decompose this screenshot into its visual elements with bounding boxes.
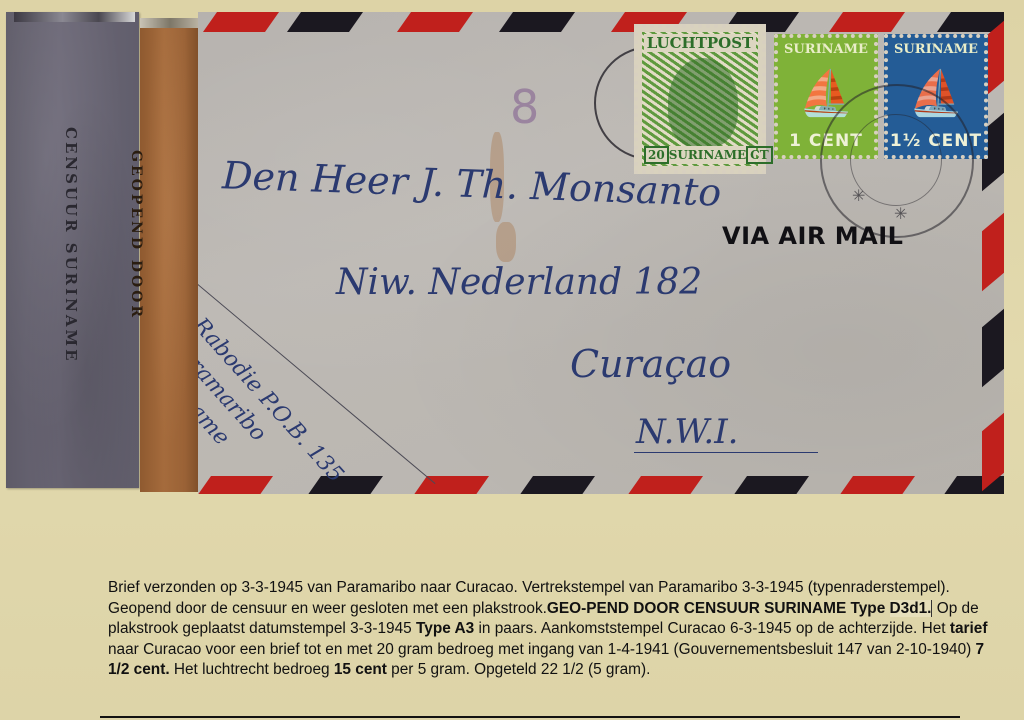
caption-text: per 5 gram. Opgeteld 22 1/2 (5 gram). [387,661,650,678]
caption-bold: tarief [950,620,988,637]
border-stripe-black [499,12,575,32]
caption-rule [100,716,960,718]
address-line-3: Curaçao [570,342,731,386]
censor-strip-label: CENSUUR SURINAME [62,127,80,364]
caption-text: in paars. Aankomststempel Curacao 6-3-19… [474,620,950,637]
address-line-2: Niw. Nederland 182 [336,262,702,303]
star-icon: ✳ [852,186,865,206]
stamp-header: SURINAME [894,42,978,57]
postmark-paramaribo-2: ✳ ✳ [820,84,974,238]
mercury-figure-icon [668,58,738,148]
border-stripe-red [397,12,473,32]
censor-tape-brown [140,18,200,492]
caption-text: Het luchtrecht bedroeg [170,661,334,678]
stamp-footer: 20 SURINAME CT [644,146,756,164]
description-caption: Brief verzonden op 3-3-1945 van Paramari… [108,578,988,681]
censor-strip-grey: CENSUUR SURINAME [6,12,139,488]
sender-address: Rabodie P.O.B. 135 Paramaribo Suriname [198,312,350,494]
caption-bold: GEO-PEND DOOR CENSUUR SURINAME Type [547,600,890,617]
border-stripe-red [839,476,915,494]
strip-torn-edge [14,12,135,22]
censor-tape-label: GEOPEND DOOR [128,150,144,320]
tape-torn-edge [140,18,200,28]
address-underline [634,452,818,453]
address-line-4: N.W.I. [636,412,738,452]
via-air-mail-label: VIA AIR MAIL [722,222,903,250]
stamp-header: LUCHTPOST [644,34,756,52]
stamp-country: SURINAME [669,148,746,162]
caption-bold: 15 cent [334,661,387,678]
caption-bold: Type A3 [416,620,474,637]
border-stripe-red [982,213,1004,291]
stamp-luchtpost-20ct: LUCHTPOST 20 SURINAME CT [634,24,766,174]
border-stripe-black [519,476,595,494]
airmail-envelope: 8 LUCHTPOST 20 SURINAME CT SURINAME ⛵ 1 … [198,12,1004,494]
border-stripe-red [203,12,279,32]
star-icon: ✳ [894,204,907,224]
stamp-unit: CT [746,146,772,164]
border-stripe-red [627,476,703,494]
border-stripe-black [733,476,809,494]
caption-bold-highlight: D3d1. [890,600,933,617]
stain [496,222,516,262]
censor-number-mark: 8 [510,80,539,134]
caption-text: naar Curacao voor een brief tot en met 2… [108,641,976,658]
stamp-header: SURINAME [784,42,868,57]
border-stripe-red [413,476,489,494]
stamp-value: 20 [644,146,669,164]
border-stripe-black [982,309,1004,387]
border-stripe-red [829,12,905,32]
border-stripe-black [287,12,363,32]
